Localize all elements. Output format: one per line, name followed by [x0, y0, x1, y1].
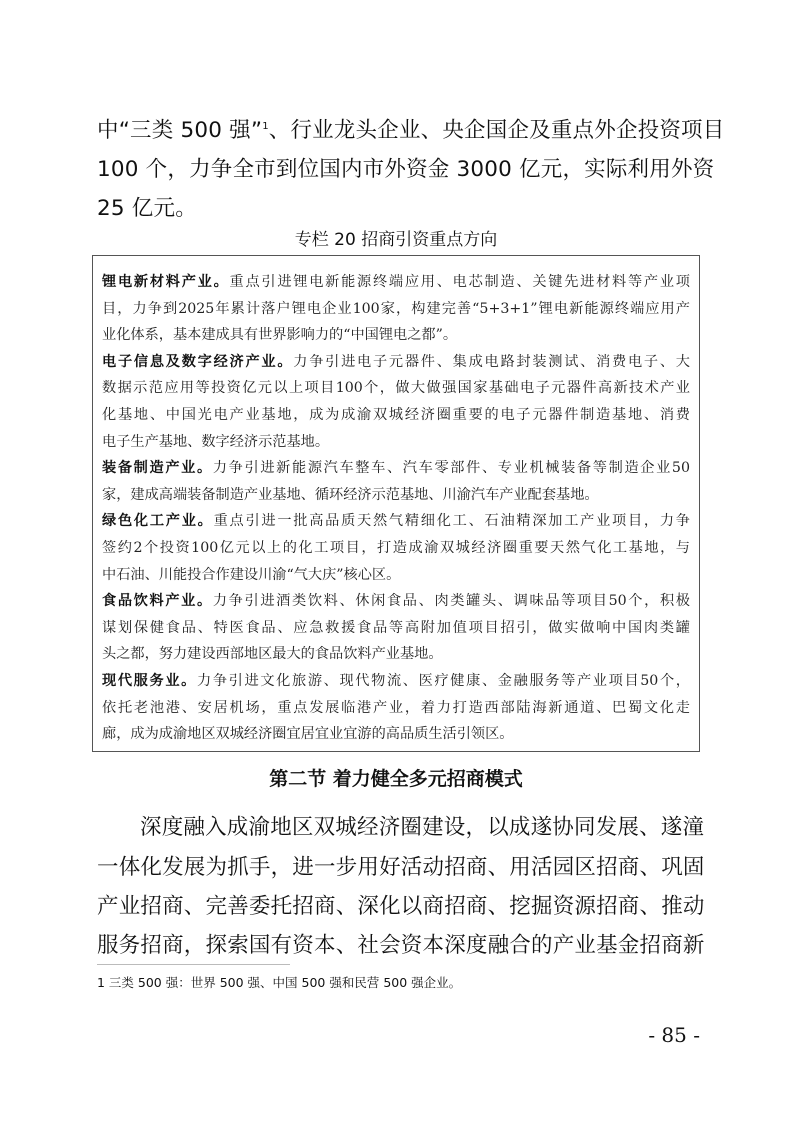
- sidebar-item-chemical: 绿色化工产业。重点引进一批高品质天然气精细化工、石油精深加工产业项目，力争: [102, 508, 690, 535]
- sidebar-item-line: 家，建成高端装备制造产业基地、循环经济示范基地、川渝汽车产业配套基地。: [102, 482, 690, 509]
- section-paragraph-line-4: 服务招商，探索国有资本、社会资本深度融合的产业基金招商新: [97, 926, 701, 965]
- sidebar-item-line: 谋划保健食品、特医食品、应急救援食品等高附加值项目招引，做实做响中国肉类罐: [102, 615, 690, 642]
- sidebar-box-content: 锂电新材料产业。重点引进锂电新能源终端应用、电芯制造、关键先进材料等产业项 目，…: [102, 269, 690, 748]
- sidebar-item-text: 力争引进电子元器件、集成电路封装测试、消费电子、大: [293, 354, 690, 370]
- sidebar-item-food: 食品饮料产业。力争引进酒类饮料、休闲食品、肉类罐头、调味品等项目50个，积极: [102, 588, 690, 615]
- sidebar-item-text: 力争引进新能源汽车整车、汽车零部件、专业机械装备等制造企业50: [213, 460, 690, 476]
- sidebar-item-line: 中石油、川能投合作建设川渝“气大庆”核心区。: [102, 562, 690, 589]
- sidebar-item-title: 绿色化工产业。: [102, 513, 214, 529]
- sidebar-item-lithium: 锂电新材料产业。重点引进锂电新能源终端应用、电芯制造、关键先进材料等产业项: [102, 269, 690, 296]
- sidebar-item-text: 重点引进锂电新能源终端应用、电芯制造、关键先进材料等产业项: [230, 274, 690, 290]
- sidebar-item-title: 装备制造产业。: [102, 460, 213, 476]
- sidebar-item-text: 重点引进一批高品质天然气精细化工、石油精深加工产业项目，力争: [214, 513, 690, 529]
- section-paragraph-line-2: 一体化发展为抓手，进一步用好活动招商、用活园区招商、巩固: [97, 848, 701, 887]
- sidebar-item-electronics: 电子信息及数字经济产业。力争引进电子元器件、集成电路封装测试、消费电子、大: [102, 349, 690, 376]
- sidebar-item-line: 目，力争到2025年累计落户锂电企业100家，构建完善“5+3+1”锂电新能源终…: [102, 296, 690, 323]
- sidebar-item-equipment: 装备制造产业。力争引进新能源汽车整车、汽车零部件、专业机械装备等制造企业50: [102, 455, 690, 482]
- footnote-separator: [97, 964, 290, 965]
- sidebar-item-title: 电子信息及数字经济产业。: [102, 354, 293, 370]
- sidebar-item-title: 现代服务业。: [102, 673, 197, 689]
- sidebar-item-text: 力争引进酒类饮料、休闲食品、肉类罐头、调味品等项目50个，积极: [213, 593, 690, 609]
- section-paragraph-line-1: 深度融入成渝地区双城经济圈建设，以成遂协同发展、遂潼: [140, 808, 701, 847]
- intro-line-2: 100 个，力争全市到位国内市外资金 3000 亿元，实际利用外资: [97, 150, 701, 189]
- section-heading: 第二节 着力健全多元招商模式: [92, 764, 700, 794]
- section-paragraph-line-3: 产业招商、完善委托招商、深化以商招商、挖掘资源招商、推动: [97, 887, 701, 926]
- sidebar-item-line: 签约2个投资100亿元以上的化工项目，打造成渝双城经济圈重要天然气化工基地，与: [102, 535, 690, 562]
- intro-line-3: 25 亿元。: [97, 189, 701, 228]
- footnote: 1 三类 500 强：世界 500 强、中国 500 强和民营 500 强企业。: [97, 973, 461, 993]
- intro-text-segment: 中“三类 500 强”: [97, 118, 262, 143]
- sidebar-item-line: 电子生产基地、数字经济示范基地。: [102, 429, 690, 456]
- sidebar-item-title: 锂电新材料产业。: [102, 274, 230, 290]
- sidebar-item-line: 依托老池港、安居机场，重点发展临港产业，着力打造西部陆海新通道、巴蜀文化走: [102, 695, 690, 722]
- page-number: - 85 -: [648, 1020, 700, 1050]
- intro-text-segment: 、行业龙头企业、央企国企及重点外企投资项目: [269, 118, 725, 143]
- sidebar-item-line: 化基地、中国光电产业基地，成为成渝双城经济圈重要的电子元器件制造基地、消费: [102, 402, 690, 429]
- sidebar-item-services: 现代服务业。力争引进文化旅游、现代物流、医疗健康、金融服务等产业项目50个，: [102, 668, 690, 695]
- sidebar-item-line: 廊，成为成渝地区双城经济圈宜居宜业宜游的高品质生活引领区。: [102, 721, 690, 748]
- sidebar-item-line: 业化体系，基本建成具有世界影响力的“中国锂电之都”。: [102, 322, 690, 349]
- intro-line-1: 中“三类 500 强”1、行业龙头企业、央企国企及重点外企投资项目: [97, 111, 701, 150]
- sidebar-box: 锂电新材料产业。重点引进锂电新能源终端应用、电芯制造、关键先进材料等产业项 目，…: [92, 255, 700, 752]
- sidebar-item-text: 力争引进文化旅游、现代物流、医疗健康、金融服务等产业项目50个，: [197, 673, 690, 689]
- document-page: 中“三类 500 强”1、行业龙头企业、央企国企及重点外企投资项目 100 个，…: [0, 0, 793, 1122]
- sidebar-item-line: 数据示范应用等投资亿元以上项目100个，做大做强国家基础电子元器件高新技术产业: [102, 375, 690, 402]
- sidebar-item-title: 食品饮料产业。: [102, 593, 213, 609]
- sidebar-caption: 专栏 20 招商引资重点方向: [92, 227, 700, 253]
- sidebar-item-line: 头之都，努力建设西部地区最大的食品饮料产业基地。: [102, 641, 690, 668]
